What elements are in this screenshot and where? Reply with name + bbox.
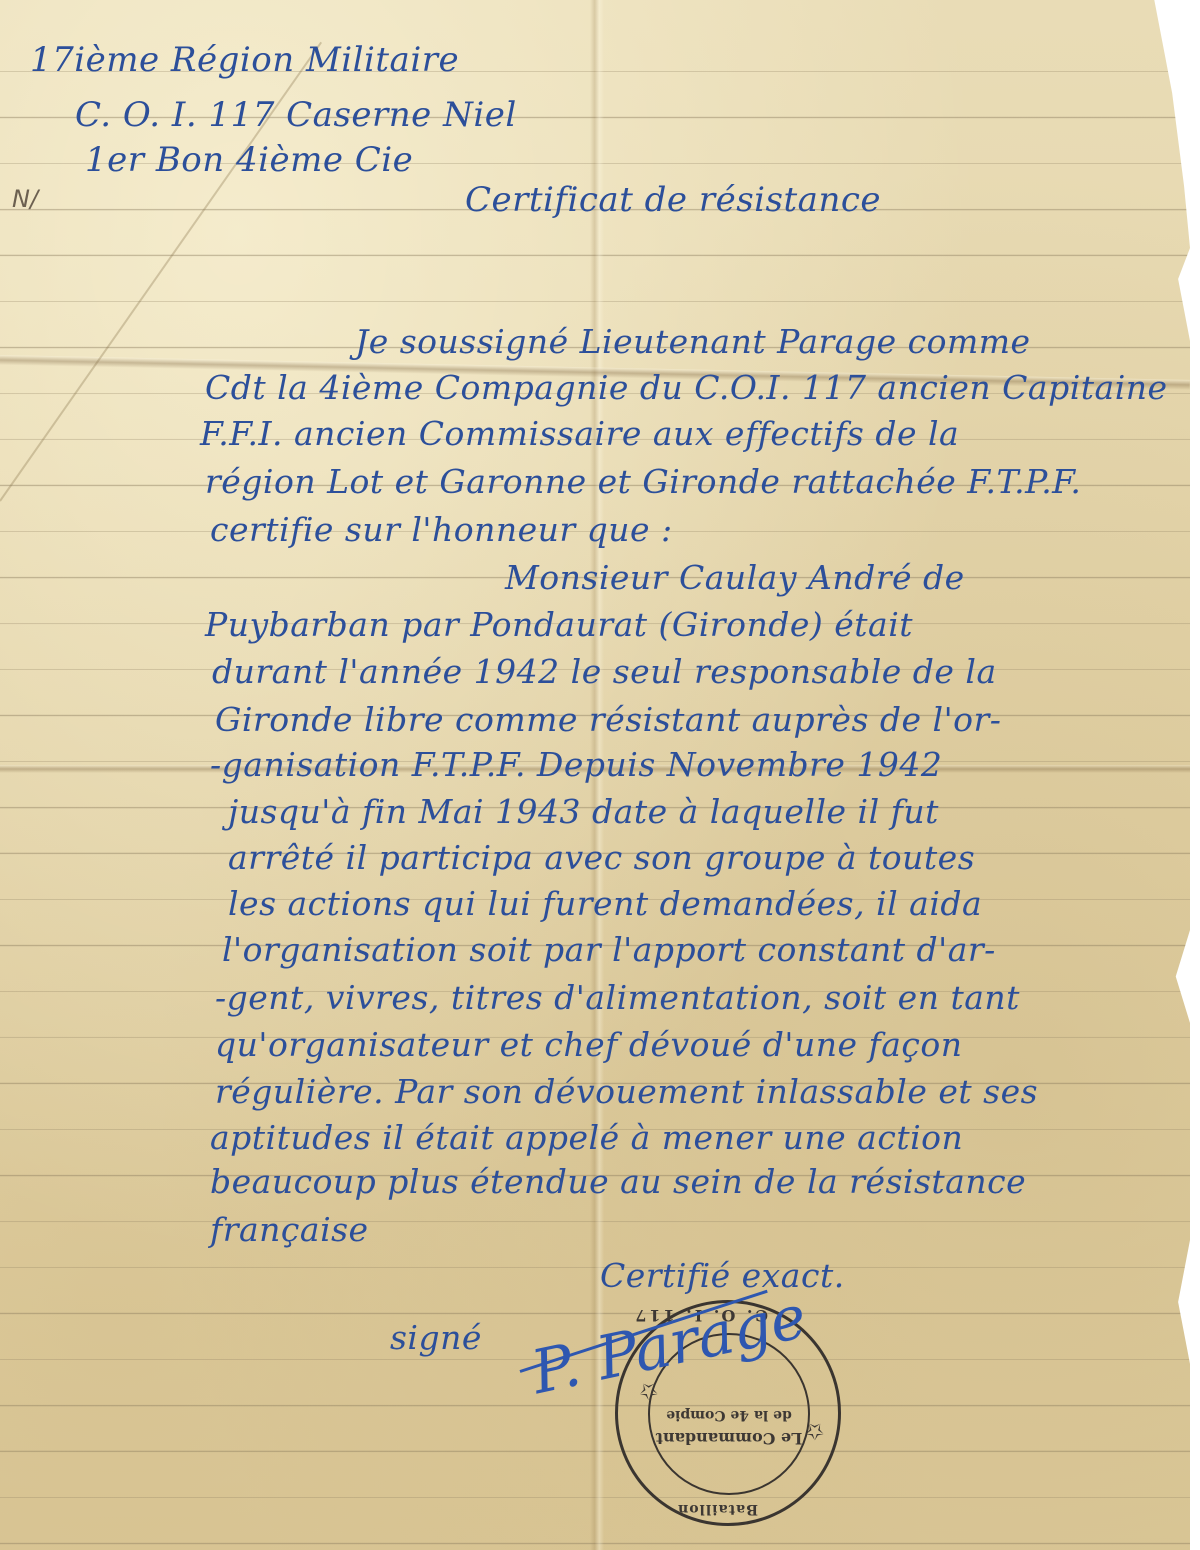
body-line: arrêté il participa avec son groupe à to… <box>228 838 975 877</box>
document-title: Certificat de résistance <box>465 180 881 220</box>
aged-paper-sheet: N/ 17ième Région Militaire C. O. I. 117 … <box>0 0 1190 1550</box>
body-line: Gironde libre comme résistant auprès de … <box>215 700 1001 739</box>
body-line: les actions qui lui furent demandées, il… <box>228 884 982 923</box>
body-line: régulière. Par son dévouement inlassable… <box>215 1072 1038 1111</box>
body-line: qu'organisateur et chef dévoué d'une faç… <box>215 1025 963 1064</box>
body-line: F.F.I. ancien Commissaire aux effectifs … <box>200 414 959 453</box>
header-region: 17ième Région Militaire <box>30 40 459 80</box>
body-line: Cdt la 4ième Compagnie du C.O.I. 117 anc… <box>205 368 1168 407</box>
signed-label: signé <box>390 1318 482 1357</box>
body-line: Monsieur Caulay André de <box>505 558 965 597</box>
body-line: jusqu'à fin Mai 1943 date à laquelle il … <box>228 792 939 831</box>
body-line: -gent, vivres, titres d'alimentation, so… <box>215 978 1020 1017</box>
header-unit: C. O. I. 117 Caserne Niel <box>75 95 517 135</box>
stamp-ring-top-text: Bataillon <box>677 1501 758 1517</box>
body-line: française <box>210 1210 369 1249</box>
body-line: Je soussigné Lieutenant Parage comme <box>355 322 1031 361</box>
body-line: Puybarban par Pondaurat (Gironde) était <box>205 605 913 644</box>
body-line: certifie sur l'honneur que : <box>210 510 673 549</box>
closing-certified: Certifié exact. <box>600 1256 845 1295</box>
stamp-center-subtitle: de la 4e Compie <box>650 1407 808 1423</box>
body-line: région Lot et Garonne et Gironde rattach… <box>205 462 1081 501</box>
body-line: aptitudes il était appelé à mener une ac… <box>210 1118 963 1157</box>
margin-pencil-mark: N/ <box>12 185 38 213</box>
body-line: -ganisation F.T.P.F. Depuis Novembre 194… <box>210 745 942 784</box>
header-company: 1er Bon 4ième Cie <box>85 140 413 180</box>
body-line: l'organisation soit par l'apport constan… <box>222 930 996 969</box>
stamp-center-title: Le Commandant <box>650 1429 808 1448</box>
body-line: durant l'année 1942 le seul responsable … <box>212 652 997 691</box>
body-line: beaucoup plus étendue au sein de la rési… <box>210 1162 1026 1201</box>
